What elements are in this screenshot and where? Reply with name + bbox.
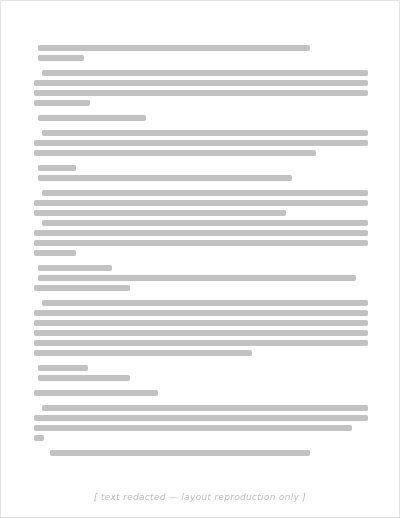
redacted-text-line [38, 45, 310, 51]
redacted-text-line [34, 140, 368, 146]
redacted-text-line [42, 130, 368, 136]
redacted-text-line [34, 230, 368, 236]
redacted-text-line [38, 275, 356, 281]
paragraph-block-1 [34, 70, 370, 106]
dialogue-block-5 [34, 365, 370, 381]
redacted-text-line [34, 90, 368, 96]
redacted-text-line [34, 250, 76, 256]
dialogue-block-6 [34, 450, 370, 456]
redacted-text-line [38, 55, 84, 61]
redaction-notice: [ text redacted — layout reproduction on… [1, 493, 399, 503]
dialogue-block-4 [34, 265, 370, 291]
redacted-text-line [38, 175, 292, 181]
redacted-text-line [34, 425, 352, 431]
redacted-text-line [42, 300, 368, 306]
redacted-text-line [50, 450, 310, 456]
dialogue-block-3 [34, 165, 370, 181]
dialogue-block-2 [34, 115, 370, 121]
dialogue-block-1 [34, 45, 370, 61]
redacted-text-line [34, 240, 368, 246]
redacted-text-line [42, 220, 368, 226]
redacted-text-line [38, 165, 76, 171]
paragraph-block-5 [34, 405, 370, 441]
redacted-text-line [34, 80, 368, 86]
redacted-text-line [34, 340, 368, 346]
paragraph-block-4 [34, 300, 370, 356]
redacted-text-line [34, 310, 368, 316]
redacted-text-line [38, 375, 130, 381]
redacted-text-line [34, 330, 368, 336]
redacted-text-line [42, 70, 368, 76]
text-page [34, 45, 370, 465]
redacted-text-line [38, 365, 88, 371]
redacted-text-line [42, 405, 368, 411]
redacted-text-line [34, 285, 130, 291]
redacted-text-line [38, 265, 112, 271]
redacted-text-line [42, 190, 368, 196]
redacted-text-line [34, 200, 368, 206]
redacted-text-line [38, 115, 146, 121]
redacted-text-line [34, 435, 44, 441]
redacted-text-line [34, 350, 252, 356]
paragraph-block-3 [34, 190, 370, 256]
redacted-text-line [34, 100, 90, 106]
sfx-line-block [34, 390, 370, 396]
redacted-text-line [34, 150, 316, 156]
document-page: [ text redacted — layout reproduction on… [0, 0, 400, 518]
redacted-text-line [34, 390, 158, 396]
redacted-text-line [34, 320, 368, 326]
paragraph-block-2 [34, 130, 370, 156]
redacted-text-line [34, 210, 286, 216]
redacted-text-line [34, 415, 368, 421]
